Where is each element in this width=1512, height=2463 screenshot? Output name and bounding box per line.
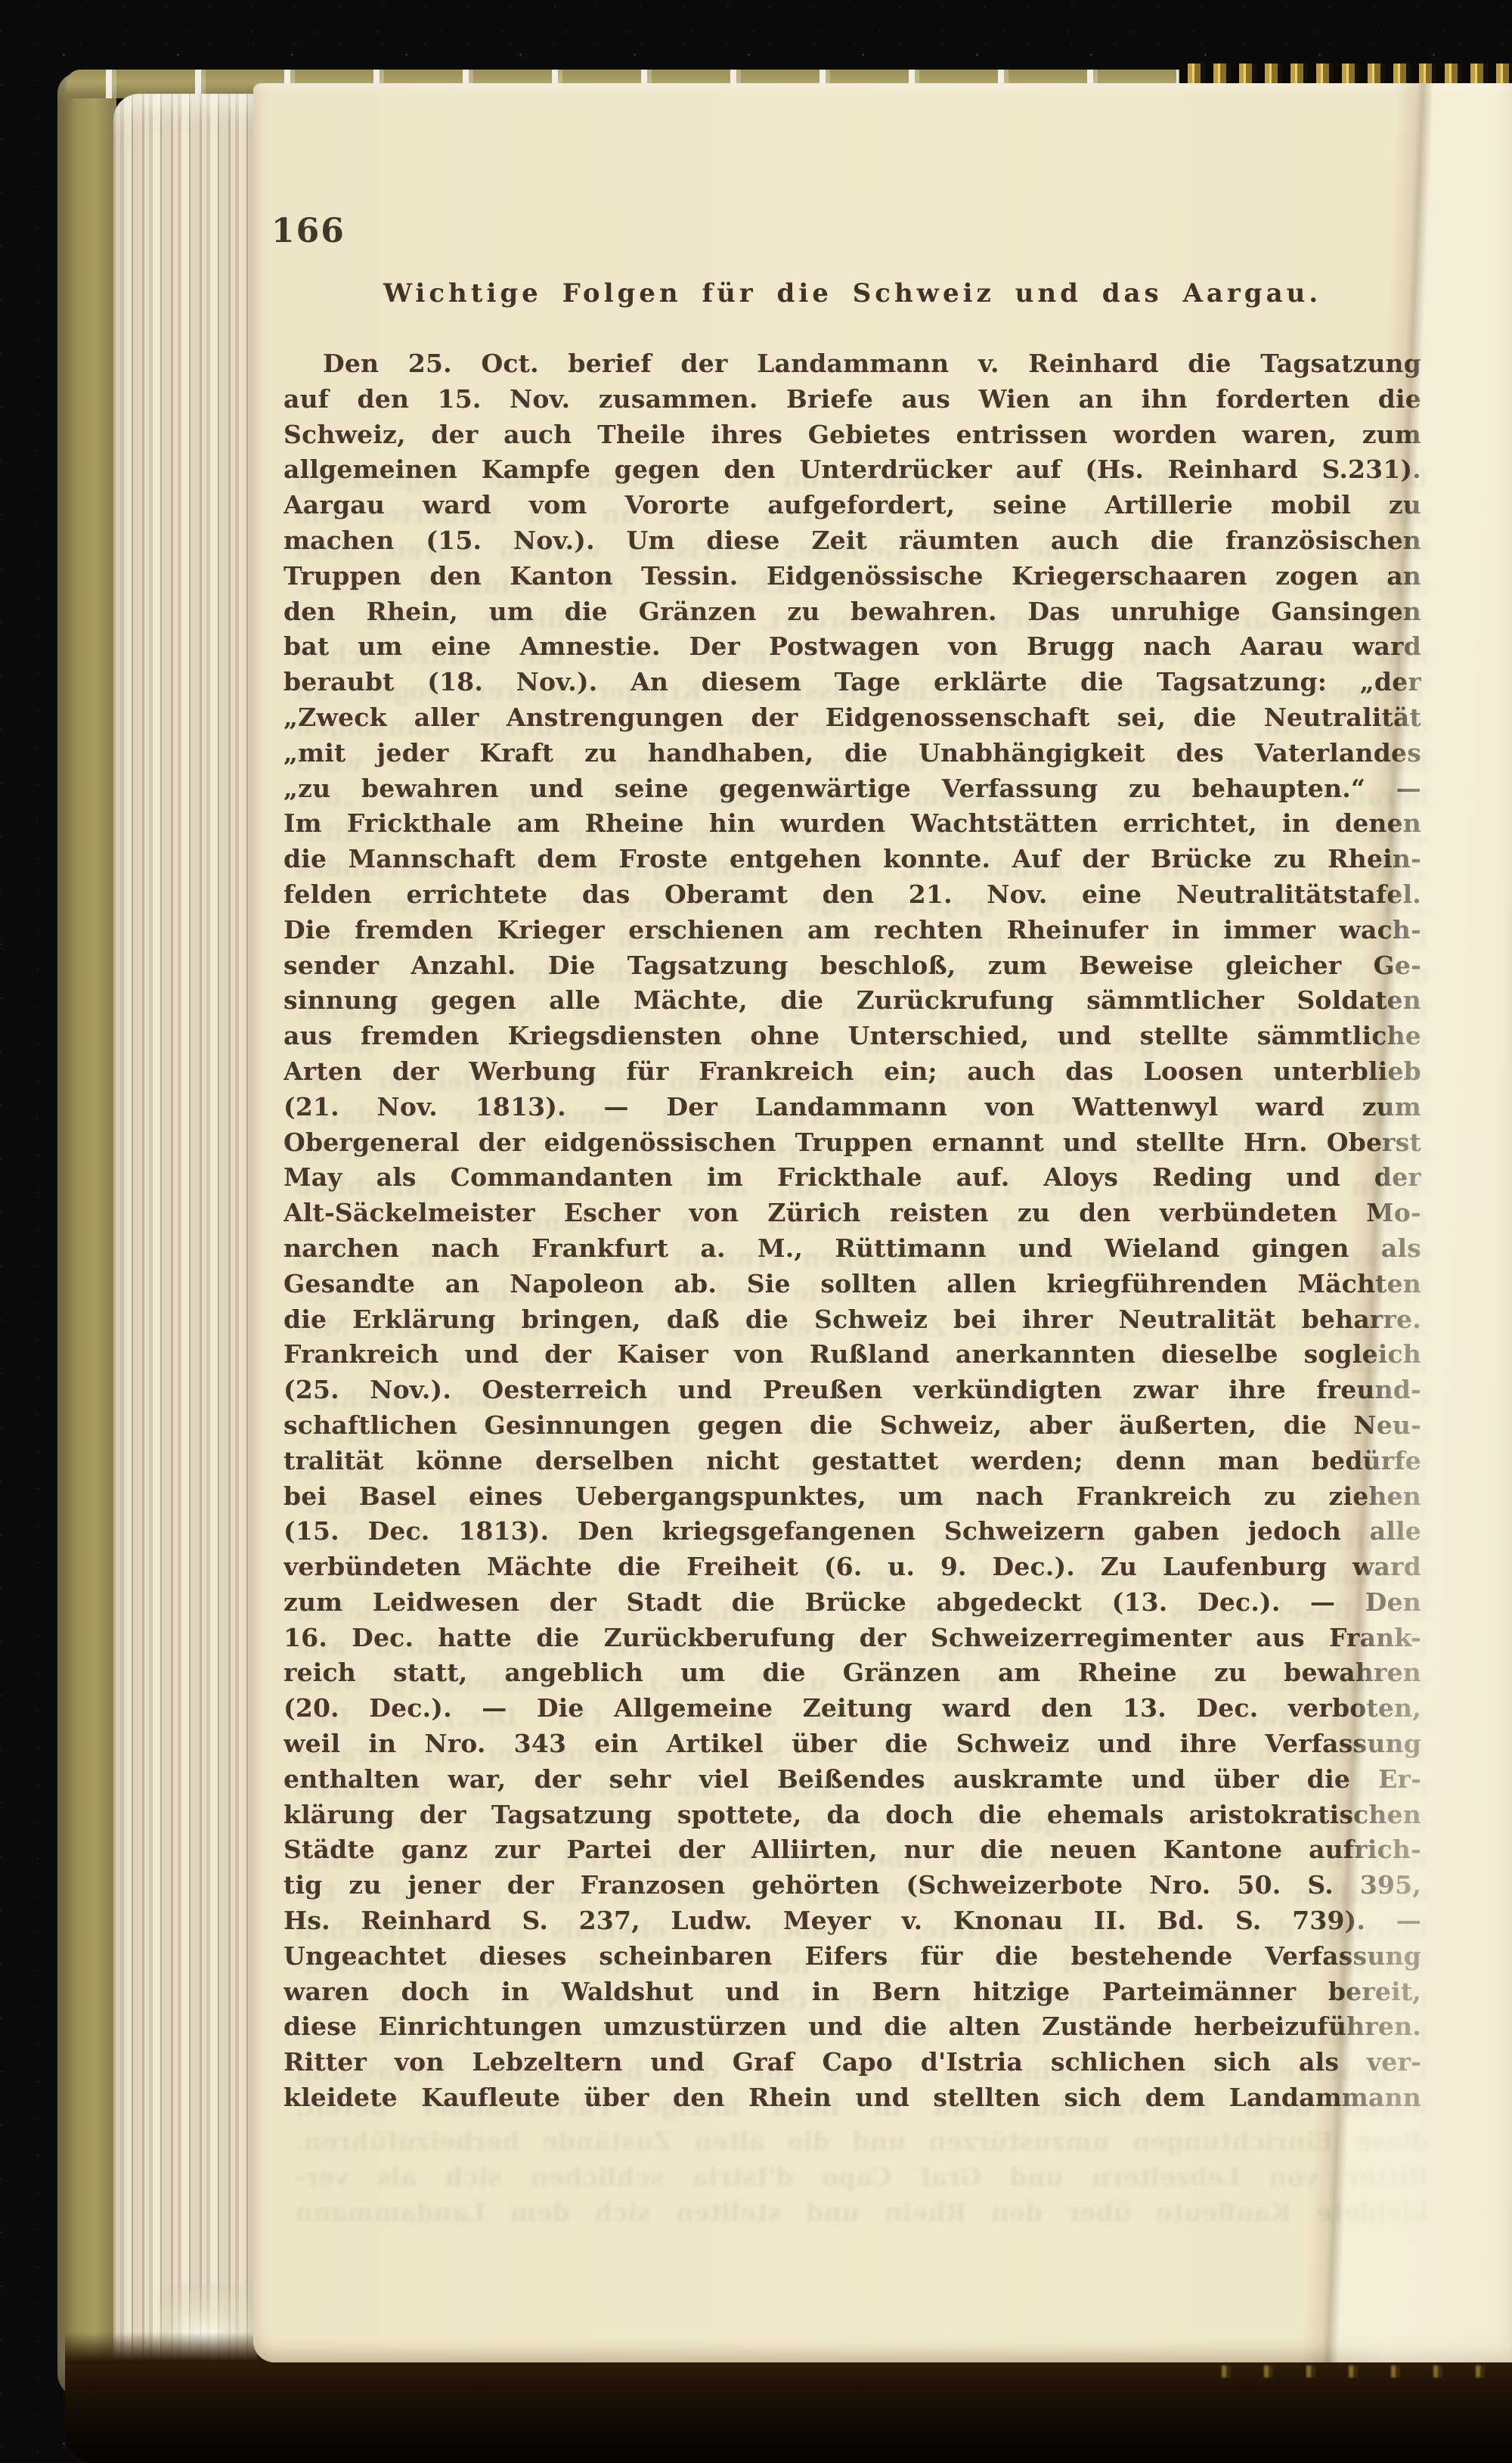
text-line: Hs. Reinhard S. 237, Ludw. Meyer v. Knon… bbox=[283, 1903, 1421, 1939]
text-line: Arten der Werbung für Frankreich ein; au… bbox=[283, 1054, 1421, 1090]
text-line: bei Basel eines Uebergangspunktes, um na… bbox=[283, 1479, 1421, 1515]
text-line: den Rhein, um die Gränzen zu bewahren. D… bbox=[283, 594, 1421, 630]
text-line: machen (15. Nov.). Um diese Zeit räumten… bbox=[283, 523, 1421, 559]
text-line: sender Anzahl. Die Tagsatzung beschloß, … bbox=[283, 948, 1421, 984]
text-line: (20. Dec.). — Die Allgemeine Zeitung war… bbox=[283, 1691, 1421, 1726]
text-line: Truppen den Kanton Tessin. Eidgenössisch… bbox=[283, 559, 1421, 594]
text-line: (25. Nov.). Oesterreich und Preußen verk… bbox=[283, 1373, 1421, 1408]
text-line: felden errichtete das Oberamt den 21. No… bbox=[283, 877, 1421, 913]
text-line: aus fremden Kriegsdiensten ohne Untersch… bbox=[283, 1019, 1421, 1054]
text-line: beraubt (18. Nov.). An diesem Tage erklä… bbox=[283, 665, 1421, 700]
text-line: die Mannschaft dem Froste entgehen konnt… bbox=[283, 842, 1421, 877]
text-line: bat um eine Amnestie. Der Postwagen von … bbox=[283, 629, 1421, 665]
text-line: (15. Dec. 1813). Den kriegsgefangenen Sc… bbox=[283, 1514, 1421, 1549]
text-line: narchen nach Frankfurt a. M., Rüttimann … bbox=[283, 1231, 1421, 1267]
text-line: Obergeneral der eidgenössischen Truppen … bbox=[283, 1125, 1421, 1161]
text-line: zum Leidwesen der Stadt die Brücke abged… bbox=[283, 1585, 1421, 1621]
body-text: Den 25. Oct. berief der Landammann v. Re… bbox=[283, 346, 1421, 2116]
photo-of-book-page: { "page": { "number": "166", "heading": … bbox=[0, 0, 1512, 2463]
text-line: Aargau ward vom Vororte aufgefordert, se… bbox=[283, 488, 1421, 523]
ghost-text-line: diese Einrichtungen umzustürzen und die … bbox=[295, 2124, 1429, 2160]
text-line: (21. Nov. 1813). — Der Landammann von Wa… bbox=[283, 1090, 1421, 1125]
text-line: Den 25. Oct. berief der Landammann v. Re… bbox=[283, 346, 1421, 382]
page-fore-edge-stack bbox=[113, 94, 257, 2381]
text-line: 16. Dec. hatte die Zurückberufung der Sc… bbox=[283, 1621, 1421, 1656]
text-line: Städte ganz zur Partei der Alliirten, nu… bbox=[283, 1832, 1421, 1868]
text-line: „Zweck aller Anstrengungen der Eidgenoss… bbox=[283, 700, 1421, 736]
page-number: 166 bbox=[271, 212, 345, 250]
text-line: tig zu jener der Franzosen gehörten (Sch… bbox=[283, 1868, 1421, 1903]
text-line: Die fremden Krieger erschienen am rechte… bbox=[283, 913, 1421, 948]
text-line: „mit jeder Kraft zu handhaben, die Unabh… bbox=[283, 736, 1421, 771]
text-line: Ungeachtet dieses scheinbaren Eifers für… bbox=[283, 1939, 1421, 1974]
text-line: klärung der Tagsatzung spottete, da doch… bbox=[283, 1798, 1421, 1833]
book-page: Den 25. Oct. berief der Landammann v. Re… bbox=[253, 83, 1512, 2362]
text-line: weil in Nro. 343 ein Artikel über die Sc… bbox=[283, 1726, 1421, 1762]
book-cover-left-edge bbox=[57, 73, 116, 2399]
text-line: schaftlichen Gesinnungen gegen die Schwe… bbox=[283, 1408, 1421, 1444]
text-line: diese Einrichtungen umzustürzen und die … bbox=[283, 2009, 1421, 2045]
text-line: verbündeten Mächte die Freiheit (6. u. 9… bbox=[283, 1549, 1421, 1585]
text-line: die Erklärung bringen, daß die Schweiz b… bbox=[283, 1302, 1421, 1338]
text-line: Ritter von Lebzeltern und Graf Capo d'Is… bbox=[283, 2045, 1421, 2080]
text-line: auf den 15. Nov. zusammen. Briefe aus Wi… bbox=[283, 382, 1421, 417]
text-line: waren doch in Waldshut und in Bern hitzi… bbox=[283, 1974, 1421, 2010]
text-line: sinnung gegen alle Mächte, die Zurückruf… bbox=[283, 983, 1421, 1019]
ghost-text-line: kleidete Kaufleute über den Rhein und st… bbox=[295, 2195, 1429, 2231]
text-line: Alt-Säckelmeister Escher von Zürich reis… bbox=[283, 1196, 1421, 1231]
text-line: Im Frickthale am Rheine hin wurden Wacht… bbox=[283, 806, 1421, 842]
text-line: Gesandte an Napoleon ab. Sie sollten all… bbox=[283, 1267, 1421, 1302]
bottom-gilt-glint bbox=[1202, 2365, 1512, 2378]
text-line: May als Commandanten im Frickthale auf. … bbox=[283, 1160, 1421, 1196]
text-line: „zu bewahren und seine gegenwärtige Verf… bbox=[283, 771, 1421, 807]
chapter-heading: Wichtige Folgen für die Schweiz und das … bbox=[283, 278, 1421, 309]
text-line: tralität könne derselben nicht gestattet… bbox=[283, 1444, 1421, 1479]
text-line: enthalten war, der sehr viel Beißendes a… bbox=[283, 1762, 1421, 1798]
text-line: reich statt, angeblich um die Gränzen am… bbox=[283, 1655, 1421, 1691]
text-line: allgemeinen Kampfe gegen den Unterdrücke… bbox=[283, 452, 1421, 488]
text-line: kleidete Kaufleute über den Rhein und st… bbox=[283, 2080, 1421, 2116]
text-line: Frankreich und der Kaiser von Rußland an… bbox=[283, 1337, 1421, 1373]
text-line: Schweiz, der auch Theile ihres Gebietes … bbox=[283, 417, 1421, 453]
ghost-text-line: Ritter von Lebzeltern und Graf Capo d'Is… bbox=[295, 2160, 1429, 2195]
